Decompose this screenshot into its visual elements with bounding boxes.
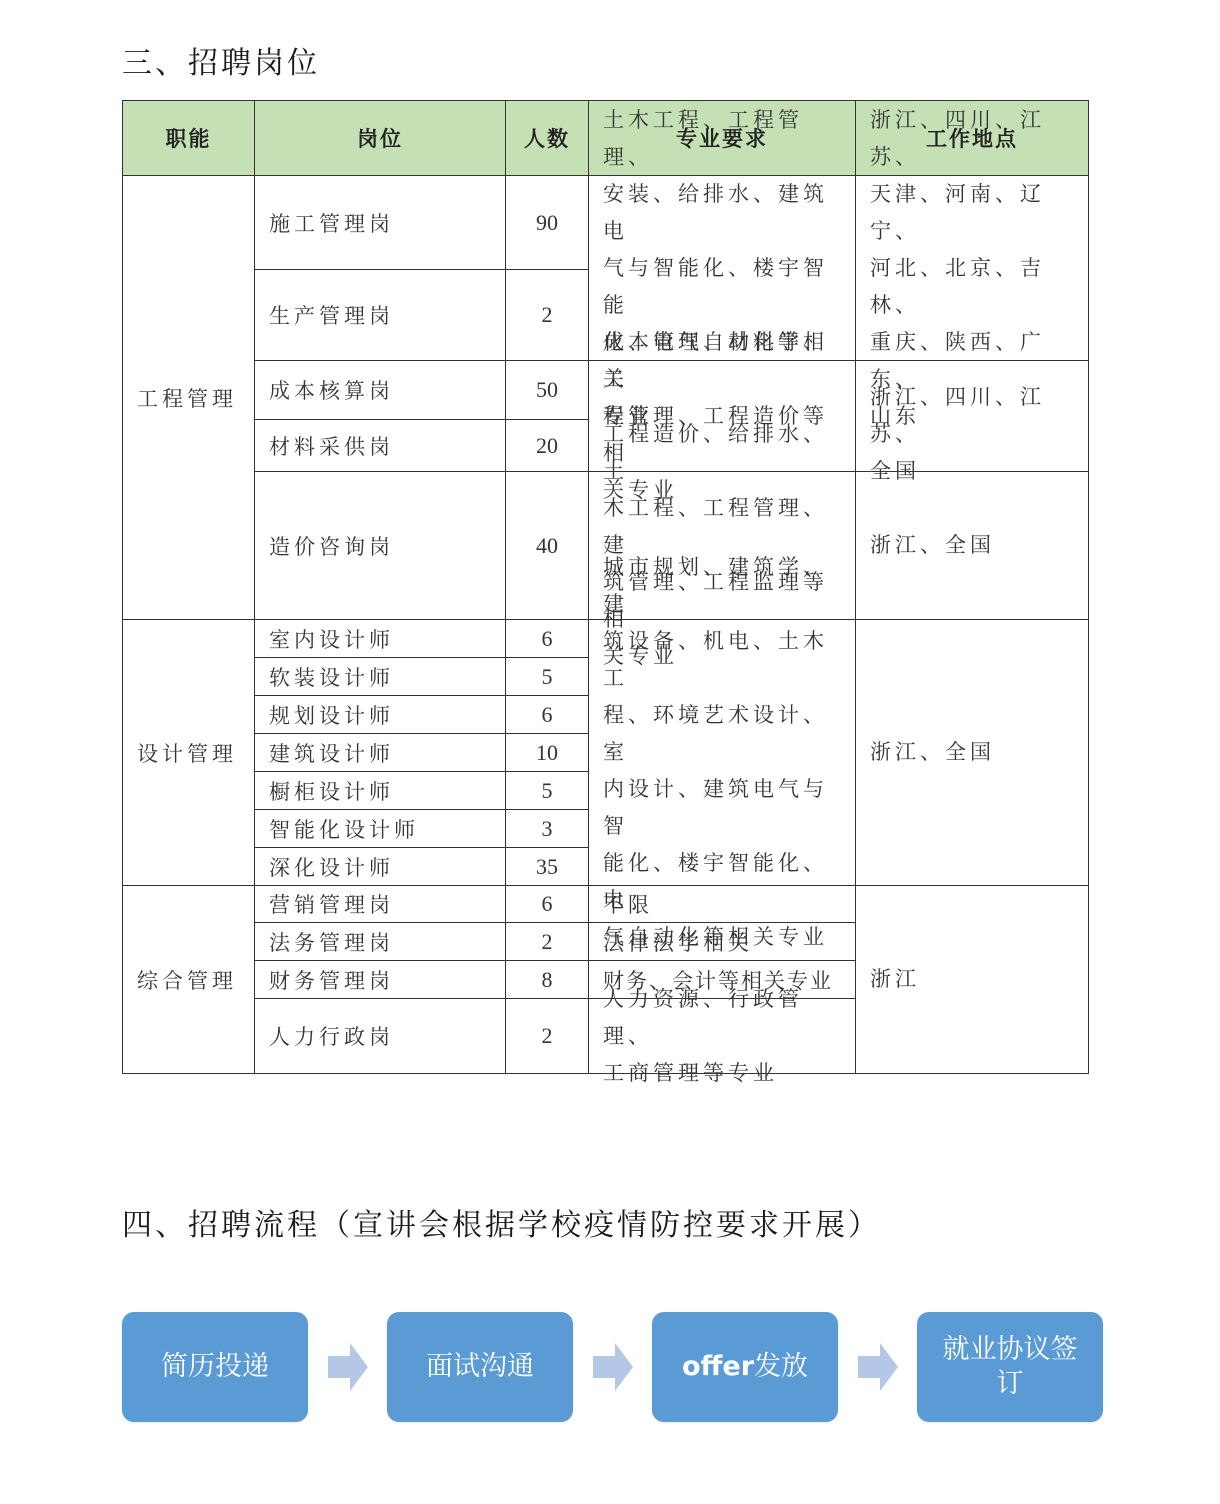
col-header-count: 人数 [505, 100, 589, 176]
location-cell: 浙江、四川、江苏、 天津、河南、辽宁、 河北、北京、吉林、 重庆、陕西、广东、 … [855, 175, 1089, 361]
flow-step-interview: 面试沟通 [387, 1312, 573, 1422]
major-cell: 不限 [588, 885, 856, 923]
count-cell: 6 [505, 885, 589, 923]
flow-step-resume: 简历投递 [122, 1312, 308, 1422]
major-cell: 法律法学相关 [588, 922, 856, 961]
position-cell: 营销管理岗 [254, 885, 506, 923]
position-cell: 财务管理岗 [254, 960, 506, 999]
position-cell: 造价咨询岗 [254, 471, 506, 620]
flow-step-agreement: 就业协议签 订 [917, 1312, 1103, 1422]
location-cell: 浙江、四川、江苏、 全国 [855, 360, 1089, 472]
count-cell: 6 [505, 619, 589, 658]
count-cell: 50 [505, 360, 589, 420]
location-cell: 浙江 [855, 885, 1089, 1074]
position-cell: 橱柜设计师 [254, 771, 506, 810]
position-cell: 建筑设计师 [254, 733, 506, 772]
count-cell: 2 [505, 922, 589, 961]
count-cell: 5 [505, 771, 589, 810]
count-cell: 3 [505, 809, 589, 848]
major-cell: 人力资源、行政管理、 工商管理等专业 [588, 998, 856, 1074]
location-cell: 浙江、全国 [855, 471, 1089, 620]
position-cell: 深化设计师 [254, 847, 506, 886]
section-4-title: 四、招聘流程（宣讲会根据学校疫情防控要求开展） [122, 1200, 881, 1244]
position-cell: 室内设计师 [254, 619, 506, 658]
arrow-right-icon [858, 1343, 898, 1391]
position-cell: 软装设计师 [254, 657, 506, 696]
count-cell: 8 [505, 960, 589, 999]
count-cell: 10 [505, 733, 589, 772]
recruitment-positions-table: 职能 岗位 人数 专业要求 工作地点 工程管理 施工管理岗 90 生产管理岗 2… [0, 0, 1220, 1100]
flow-step-offer: offer发放 [652, 1312, 838, 1422]
count-cell: 2 [505, 269, 589, 361]
position-cell: 人力行政岗 [254, 998, 506, 1074]
position-cell: 成本核算岗 [254, 360, 506, 420]
col-header-position: 岗位 [254, 100, 506, 176]
count-cell: 40 [505, 471, 589, 620]
position-cell: 智能化设计师 [254, 809, 506, 848]
count-cell: 2 [505, 998, 589, 1074]
arrow-right-icon [593, 1343, 633, 1391]
count-cell: 20 [505, 419, 589, 472]
count-cell: 35 [505, 847, 589, 886]
position-cell: 材料采供岗 [254, 419, 506, 472]
count-cell: 6 [505, 695, 589, 734]
count-cell: 90 [505, 175, 589, 270]
position-cell: 法务管理岗 [254, 922, 506, 961]
function-engineering: 工程管理 [122, 175, 255, 620]
function-general: 综合管理 [122, 885, 255, 1074]
position-cell: 施工管理岗 [254, 175, 506, 270]
arrow-right-icon [328, 1343, 368, 1391]
position-cell: 生产管理岗 [254, 269, 506, 361]
count-cell: 5 [505, 657, 589, 696]
position-cell: 规划设计师 [254, 695, 506, 734]
major-cell: 城市规划、建筑学、建 筑设备、机电、土木工 程、环境艺术设计、室 内设计、建筑电… [588, 619, 856, 886]
function-design: 设计管理 [122, 619, 255, 886]
col-header-function: 职能 [122, 100, 255, 176]
location-cell: 浙江、全国 [855, 619, 1089, 886]
